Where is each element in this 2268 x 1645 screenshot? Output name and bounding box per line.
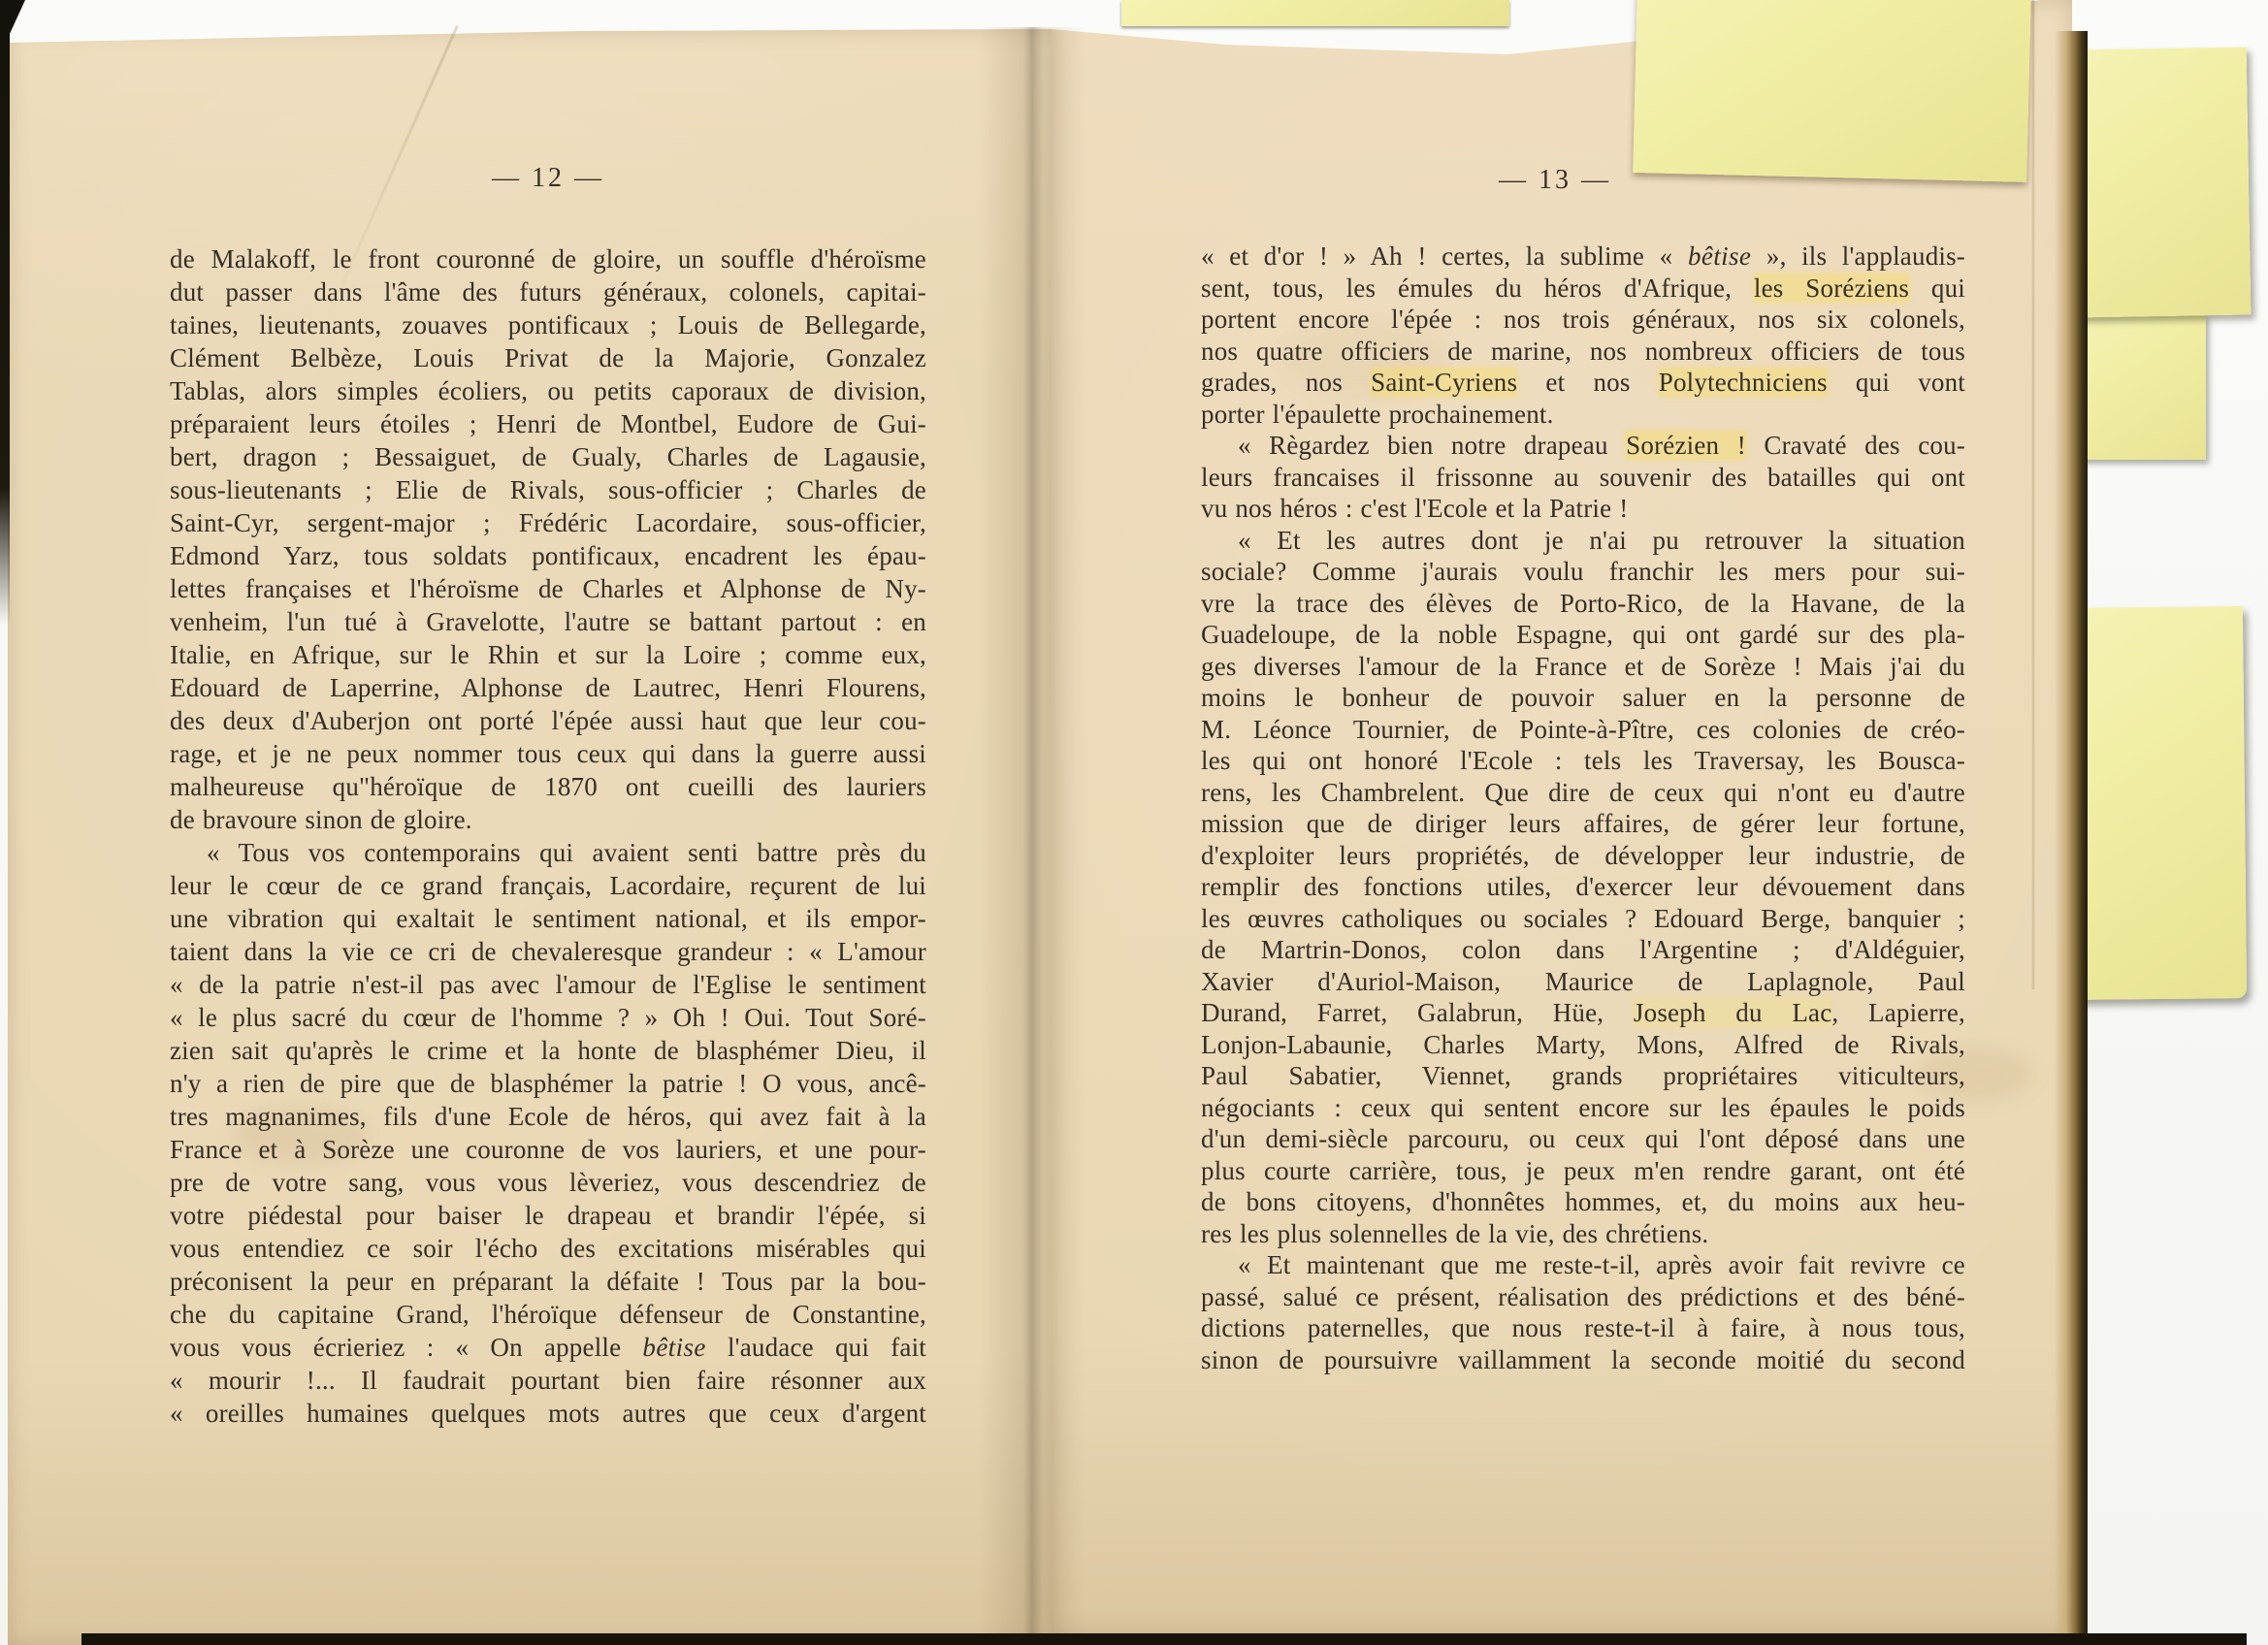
text-line: n'y a rien de pire que de blasphémer la … <box>170 1067 926 1100</box>
page-12-text-block: de Malakoff, le front couronné de gloire… <box>170 242 926 1430</box>
text-line: « oreilles humaines quelques mots autres… <box>170 1397 926 1430</box>
scanned-book-spread: — 12 — — 13 — de Malakoff, le front cour… <box>0 0 2268 1645</box>
text-line: ges diverses l'amour de la France et de … <box>1201 651 1965 683</box>
book-fore-edge <box>2055 31 2088 1634</box>
text-line: sous-lieutenants ; Elie de Rivals, sous-… <box>170 473 926 506</box>
text-line: nos quatre officiers de marine, nos nomb… <box>1201 336 1965 368</box>
text-line: de bons citoyens, d'honnêtes hommes, et,… <box>1201 1186 1965 1218</box>
text-line: venheim, l'un tué à Gravelotte, l'autre … <box>170 605 926 638</box>
text-line: « Tous vos contemporains qui avaient sen… <box>170 836 926 869</box>
text-line: rens, les Chambrelent. Que dire de ceux … <box>1201 777 1965 809</box>
text-line: dut passer dans l'âme des futurs générau… <box>170 275 926 308</box>
text-line: « Règardez bien notre drapeau Sorézien !… <box>1201 430 1965 462</box>
text-line: France et à Sorèze une couronne de vos l… <box>170 1133 926 1166</box>
text-line: « le plus sacré du cœur de l'homme ? » O… <box>170 1001 926 1034</box>
book-spread: — 12 — — 13 — de Malakoff, le front cour… <box>0 0 2268 1645</box>
sticky-note-top-right <box>1633 0 2031 182</box>
text-line: vre la trace des élèves de Porto-Rico, d… <box>1201 588 1965 620</box>
text-line: sent, tous, les émules du héros d'Afriqu… <box>1201 273 1965 305</box>
text-line: préparaient leurs étoiles ; Henri de Mon… <box>170 407 926 440</box>
text-line: des deux d'Auberjon ont porté l'épée aus… <box>170 704 926 737</box>
text-line: « et d'or ! » Ah ! certes, la sublime « … <box>1201 241 1965 273</box>
text-line: plus courte carrière, tous, je peux m'en… <box>1201 1155 1965 1187</box>
text-line: moins le bonheur de pouvoir saluer en la… <box>1201 682 1965 714</box>
text-line: « Et maintenant que me reste-t-il, après… <box>1201 1249 1965 1281</box>
text-line: vu nos héros : c'est l'Ecole et la Patri… <box>1201 493 1965 525</box>
text-line: dictions paternelles, que nous reste-t-i… <box>1201 1312 1965 1344</box>
book-gutter <box>978 27 1086 1635</box>
text-line: Clément Belbèze, Louis Privat de la Majo… <box>170 341 926 374</box>
page-number-header-12: — 12 — <box>170 161 926 196</box>
text-line: « de la patrie n'est-il pas avec l'amour… <box>170 968 926 1001</box>
text-line: les œuvres catholiques ou sociales ? Edo… <box>1201 903 1965 935</box>
text-line: vous vous écrieriez : « On appelle bêtis… <box>170 1331 926 1364</box>
text-line: taient dans la vie ce cri de chevaleresq… <box>170 935 926 968</box>
text-line: votre piédestal pour baiser le drapeau e… <box>170 1199 926 1232</box>
text-line: mission que de diriger leurs affaires, d… <box>1201 808 1965 840</box>
text-line: rage, et je ne peux nommer tous ceux qui… <box>170 737 926 770</box>
text-line: Lonjon-Labaunie, Charles Marty, Mons, Al… <box>1201 1029 1965 1061</box>
text-line: d'un demi-siècle parcouru, ou ceux qui l… <box>1201 1123 1965 1155</box>
text-line: leurs francaises il frissonne au souveni… <box>1201 462 1965 494</box>
text-line: porter l'épaulette prochainement. <box>1201 399 1965 431</box>
scanner-edge-bottom <box>81 1633 2247 1645</box>
scanner-edge-left <box>0 0 10 626</box>
text-line: tres magnanimes, fils d'une Ecole de hér… <box>170 1100 926 1133</box>
text-line: lettes françaises et l'héroïsme de Charl… <box>170 572 926 605</box>
text-line: leur le cœur de ce grand français, Lacor… <box>170 869 926 902</box>
text-line: préconisent la peur en préparant la défa… <box>170 1265 926 1298</box>
text-line: taines, lieutenants, zouaves pontificaux… <box>170 308 926 341</box>
text-line: de Malakoff, le front couronné de gloire… <box>170 242 926 275</box>
text-line: bert, dragon ; Bessaiguet, de Gualy, Cha… <box>170 440 926 473</box>
page-corner-crease <box>2031 0 2035 989</box>
text-line: les qui ont honoré l'Ecole : tels les Tr… <box>1201 745 1965 777</box>
text-line: Edouard de Laperrine, Alphonse de Lautre… <box>170 671 926 704</box>
text-line: sinon de poursuivre vaillamment la secon… <box>1201 1344 1965 1376</box>
text-line: « Et les autres dont je n'ai pu retrouve… <box>1201 525 1965 557</box>
text-line: Guadeloupe, de la noble Espagne, qui ont… <box>1201 619 1965 651</box>
text-line: « mourir !... Il faudrait pourtant bien … <box>170 1364 926 1397</box>
text-line: res les plus solennelles de la vie, des … <box>1201 1218 1965 1250</box>
text-line: négociants : ceux qui sentent encore sur… <box>1201 1092 1965 1124</box>
page-13-text-block: « et d'or ! » Ah ! certes, la sublime « … <box>1201 241 1965 1375</box>
text-line: remplir des fonctions utiles, d'exercer … <box>1201 871 1965 903</box>
text-line: passé, salué ce présent, réalisation des… <box>1201 1281 1965 1313</box>
text-line: Italie, en Afrique, sur le Rhin et sur l… <box>170 638 926 671</box>
text-line: Tablas, alors simples écoliers, ou petit… <box>170 374 926 407</box>
text-line: d'exploiter leurs propriétés, de dévelop… <box>1201 840 1965 872</box>
text-line: M. Léonce Tournier, de Pointe-à-Pître, c… <box>1201 714 1965 746</box>
text-line: Edmond Yarz, tous soldats pontificaux, e… <box>170 539 926 572</box>
text-line: malheureuse qu"héroïque de 1870 ont cuei… <box>170 770 926 803</box>
text-line: pre de votre sang, vous vous lèveriez, v… <box>170 1166 926 1199</box>
text-line: une vibration qui exaltait le sentiment … <box>170 902 926 935</box>
text-line: de bravoure sinon de gloire. <box>170 803 926 836</box>
text-line: Xavier d'Auriol-Maison, Maurice de Lapla… <box>1201 966 1965 998</box>
text-line: portent encore l'épée : nos trois généra… <box>1201 304 1965 336</box>
text-line: Durand, Farret, Galabrun, Hüe, Joseph du… <box>1201 997 1965 1029</box>
text-line: vous entendiez ce soir l'écho des excita… <box>170 1232 926 1265</box>
text-line: zien sait qu'après le crime et la honte … <box>170 1034 926 1067</box>
text-line: de Martrin-Donos, colon dans l'Argentine… <box>1201 934 1965 966</box>
text-line: grades, nos Saint-Cyriens et nos Polytec… <box>1201 367 1965 399</box>
text-line: Saint-Cyr, sergent-major ; Frédéric Laco… <box>170 506 926 539</box>
text-line: che du capitaine Grand, l'héroïque défen… <box>170 1298 926 1331</box>
text-line: sociale? Comme j'aurais voulu franchir l… <box>1201 556 1965 588</box>
text-line: Paul Sabatier, Viennet, grands propriéta… <box>1201 1060 1965 1092</box>
